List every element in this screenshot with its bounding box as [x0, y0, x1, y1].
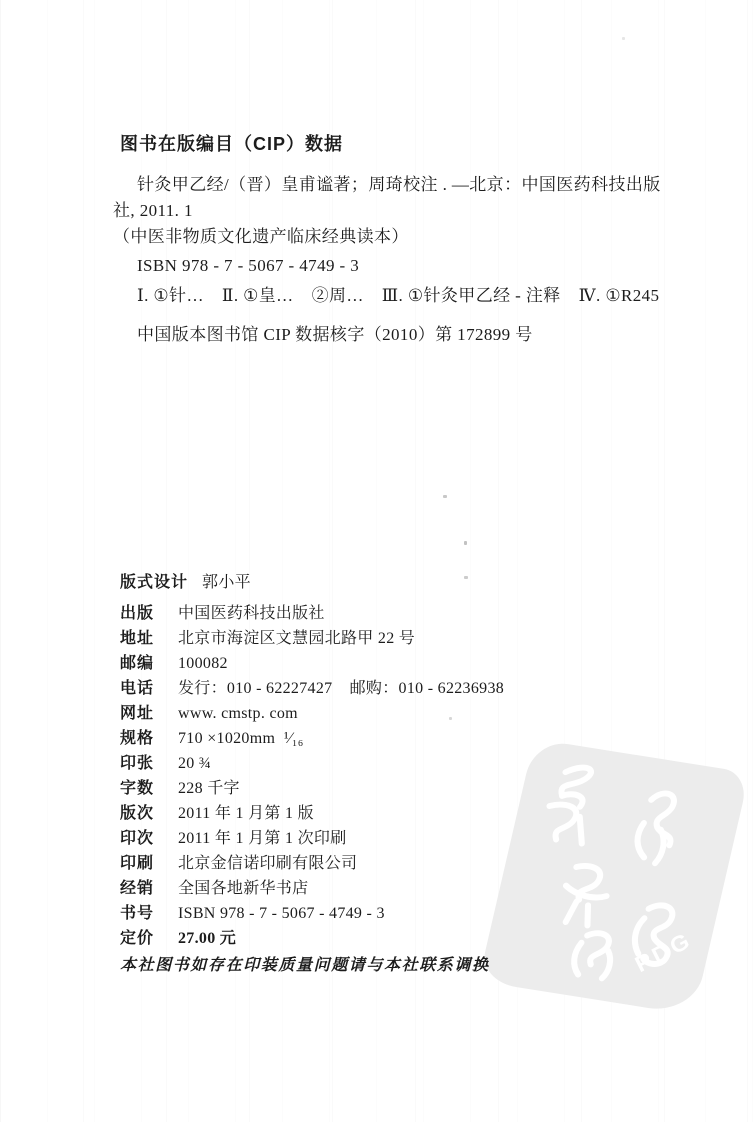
pub-label: 经销: [120, 876, 164, 901]
scan-speck: [464, 576, 468, 579]
pub-label: 电话: [120, 676, 164, 701]
pub-row-phone: 电话 发行：010 - 62227427 邮购：010 - 62236938: [120, 676, 680, 701]
pub-value: 27.00 元: [178, 926, 236, 951]
pub-row-isbn: 书号 ISBN 978 - 7 - 5067 - 4749 - 3: [120, 901, 680, 926]
pub-row-price: 定价 27.00 元: [120, 926, 680, 951]
pub-row-distributor: 经销 全国各地新华书店: [120, 876, 680, 901]
pub-value: 2011 年 1 月第 1 版: [178, 801, 314, 826]
pub-row-website: 网址 www. cmstp. com: [120, 701, 680, 726]
pub-value: 228 千字: [178, 776, 240, 801]
scan-speck: [464, 541, 467, 545]
pub-label: 字数: [120, 776, 164, 801]
cip-class-seg-3: ②周…: [312, 283, 364, 309]
cip-class-seg-5: Ⅳ. ①R245: [579, 283, 660, 309]
pub-label: 定价: [120, 926, 164, 951]
pub-label: 印次: [120, 826, 164, 851]
cip-series: （中医非物质文化遗产临床经典读本）: [113, 224, 753, 250]
cip-title-line2: 社, 2011. 1: [113, 201, 193, 220]
pub-value: 100082: [178, 651, 228, 676]
cip-isbn: ISBN 978 - 7 - 5067 - 4749 - 3: [113, 253, 753, 279]
pub-row-format: 规格 710 ×1020mm ¹⁄₁₆: [120, 726, 680, 751]
pub-label: 网址: [120, 701, 164, 726]
pub-value: 710 ×1020mm ¹⁄₁₆: [178, 726, 304, 751]
pub-value: www. cmstp. com: [178, 701, 298, 726]
pub-label: 出版: [120, 601, 164, 626]
pub-label: 版式设计: [120, 570, 188, 595]
pub-row-printing: 印次 2011 年 1 月第 1 次印刷: [120, 826, 680, 851]
pub-label: 邮编: [120, 651, 164, 676]
quality-notice: 本社图书如存在印装质量问题请与本社联系调换: [120, 952, 680, 977]
pub-label: 版次: [120, 801, 164, 826]
pub-row-printer: 印刷 北京金信诺印刷有限公司: [120, 851, 680, 876]
cip-class-seg-4: Ⅲ. ①针灸甲乙经 - 注释: [382, 283, 561, 309]
pub-row-wordcount: 字数 228 千字: [120, 776, 680, 801]
cip-title-statement: 针灸甲乙经/（晋）皇甫谧著；周琦校注 . —北京：中国医药科技出版社, 2011…: [113, 172, 753, 224]
book-copyright-page: PDG 图书在版编目（CIP）数据 针灸甲乙经/（晋）皇甫谧著；周琦校注 . —…: [0, 0, 755, 1122]
pub-row-designer: 版式设计 郭小平: [120, 570, 680, 595]
cip-heading: 图书在版编目（CIP）数据: [120, 130, 753, 156]
pub-value: 北京金信诺印刷有限公司: [178, 851, 357, 876]
pub-value: 发行：010 - 62227427 邮购：010 - 62236938: [178, 676, 504, 701]
pub-value: 20 ¾: [178, 751, 211, 776]
cip-section: 图书在版编目（CIP）数据 针灸甲乙经/（晋）皇甫谧著；周琦校注 . —北京：中…: [113, 130, 753, 348]
pub-label: 印刷: [120, 851, 164, 876]
publication-info: 版式设计 郭小平 出版 中国医药科技出版社 地址 北京市海淀区文慧园北路甲 22…: [120, 570, 680, 993]
cip-title-line1: 针灸甲乙经/（晋）皇甫谧著；周琦校注 . —北京：中国医药科技出版: [137, 175, 661, 194]
cip-classification: Ⅰ. ①针… Ⅱ. ①皇… ②周… Ⅲ. ①针灸甲乙经 - 注释 Ⅳ. ①R24…: [113, 283, 753, 309]
pub-value: 全国各地新华书店: [178, 876, 308, 901]
cip-record-number: 中国版本图书馆 CIP 数据核字（2010）第 172899 号: [113, 322, 753, 348]
scan-speck: [443, 495, 447, 498]
scan-speck: [622, 37, 625, 40]
cip-class-seg-1: Ⅰ. ①针…: [137, 283, 204, 309]
pub-label: 地址: [120, 626, 164, 651]
pub-value: 中国医药科技出版社: [178, 601, 325, 626]
pub-row-postcode: 邮编 100082: [120, 651, 680, 676]
pub-row-publisher: 出版 中国医药科技出版社: [120, 601, 680, 626]
pub-label: 书号: [120, 901, 164, 926]
pub-value: 2011 年 1 月第 1 次印刷: [178, 826, 347, 851]
cip-class-seg-2: Ⅱ. ①皇…: [222, 283, 294, 309]
pub-value: 郭小平: [202, 570, 251, 595]
pub-row-sheets: 印张 20 ¾: [120, 751, 680, 776]
pub-value: ISBN 978 - 7 - 5067 - 4749 - 3: [178, 901, 385, 926]
pub-label: 印张: [120, 751, 164, 776]
scan-speck: [449, 717, 452, 720]
pub-row-address: 地址 北京市海淀区文慧园北路甲 22 号: [120, 626, 680, 651]
pub-label: 规格: [120, 726, 164, 751]
pub-row-edition: 版次 2011 年 1 月第 1 版: [120, 801, 680, 826]
pub-value: 北京市海淀区文慧园北路甲 22 号: [178, 626, 415, 651]
